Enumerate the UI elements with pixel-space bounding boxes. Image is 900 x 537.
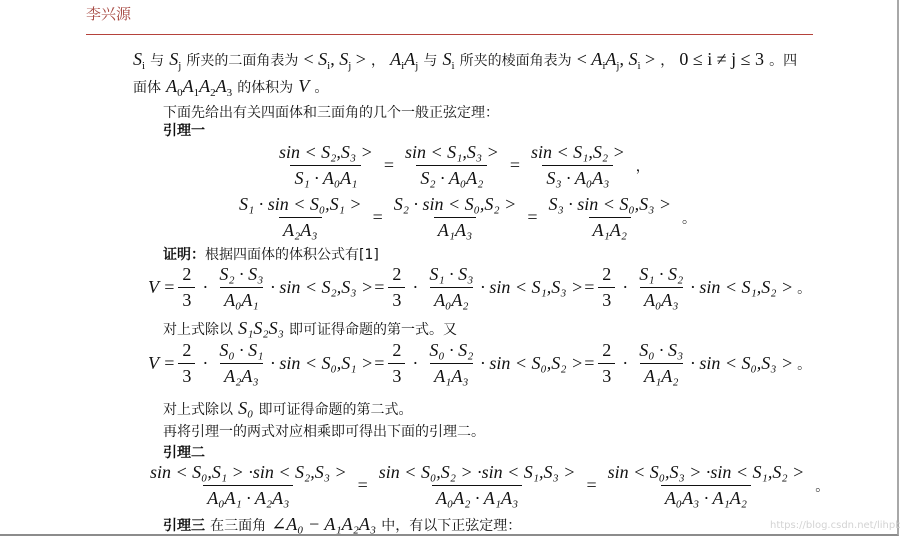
- proof-equation-2: V = 23 · S₀ · S₁A₂A₃ · sin < S₀,S₁ >= 23…: [148, 340, 811, 387]
- text: 根据四面体的体积公式有[1]: [205, 247, 379, 263]
- fraction: S₃ · sin < S₀,S₃ >A₁A₂: [544, 194, 675, 241]
- lemma3-title: 引理三: [163, 518, 205, 534]
- proof-equation-1: V = 23 · S₂ · S₃A₀A₁ · sin < S₂,S₃ >= 23…: [148, 264, 811, 311]
- index-condition: 0 ≤ i ≠ j ≤ 3: [679, 49, 764, 69]
- fraction: S₂ · sin < S₀,S₂ >A₁A₃: [390, 194, 521, 241]
- proof-combine: 再将引理一的两式对应相乘即可得出下面的引理二。: [163, 422, 485, 442]
- expression: ∠A₀ − A₁A₂A₃: [271, 514, 376, 534]
- intro-line-3: 下面先给出有关四面体和三面角的几个一般正弦定理：: [163, 103, 499, 123]
- proof-intro: 证明：根据四面体的体积公式有[1]: [163, 244, 379, 265]
- text: 所夹的棱面角表为: [460, 53, 572, 69]
- text: 的体积为: [237, 80, 293, 96]
- intro-line-1: Si 与 Sj 所夹的二面角表为 < Si, Sj > ， AiAj 与 Si …: [133, 49, 797, 76]
- lemma2-title: 引理二: [163, 443, 205, 463]
- text: 。四: [769, 53, 797, 69]
- fraction: sin < S₁,S₃ >S₂ · A₀A₂: [401, 142, 503, 189]
- text: 。: [314, 80, 328, 96]
- text: 所夹的二面角表为: [186, 53, 298, 69]
- text: 即可证得命题的第一式。又: [289, 322, 457, 338]
- lemma1-title: 引理一: [163, 121, 205, 141]
- text: 中，有以下正弦定理：: [381, 518, 521, 534]
- lemma1-equation-2: S₁ · sin < S₀,S₁ >A₂A₃ = S₂ · sin < S₀,S…: [232, 194, 696, 241]
- text: 即可证得命题的第二式。: [258, 402, 412, 418]
- proof-after-eq1: 对上式除以 S₁S₂S₃ 即可证得命题的第一式。又: [163, 318, 457, 340]
- expression: S₁S₂S₃: [238, 318, 284, 338]
- text: 在三面角: [210, 518, 266, 534]
- intro-line-2: 面体 A0A1A2A3 的体积为 V 。: [133, 76, 328, 103]
- text: 对上式除以: [163, 402, 233, 418]
- lemma3: 引理三 在三面角 ∠A₀ − A₁A₂A₃ 中，有以下正弦定理：: [163, 514, 521, 536]
- header-rule: [86, 34, 813, 35]
- lemma1-equation-1: sin < S₂,S₃ >S₁ · A₀A₁ = sin < S₁,S₃ >S₂…: [272, 142, 650, 189]
- proof-label: 证明：: [163, 247, 205, 263]
- text: ，: [660, 53, 674, 69]
- expression: S₀: [238, 398, 253, 418]
- text: ，: [371, 53, 385, 69]
- proof-after-eq2: 对上式除以 S₀ 即可证得命题的第二式。: [163, 398, 412, 420]
- text: 对上式除以: [163, 322, 233, 338]
- text: 面体: [133, 80, 161, 96]
- fraction: S₁ · sin < S₀,S₁ >A₂A₃: [235, 194, 366, 241]
- text: 与: [423, 53, 437, 69]
- watermark: https://blog.csdn.net/lihpb00: [770, 520, 900, 531]
- fraction: sin < S₁,S₂ >S₃ · A₀A₃: [527, 142, 629, 189]
- lemma2-equation: sin < S₀,S₁ > ·sin < S₂,S₃ >A₀A₁ · A₂A₃ …: [143, 462, 829, 509]
- fraction: sin < S₂,S₃ >S₁ · A₀A₁: [275, 142, 377, 189]
- header-author: 李兴源: [86, 3, 131, 24]
- text: 与: [150, 53, 164, 69]
